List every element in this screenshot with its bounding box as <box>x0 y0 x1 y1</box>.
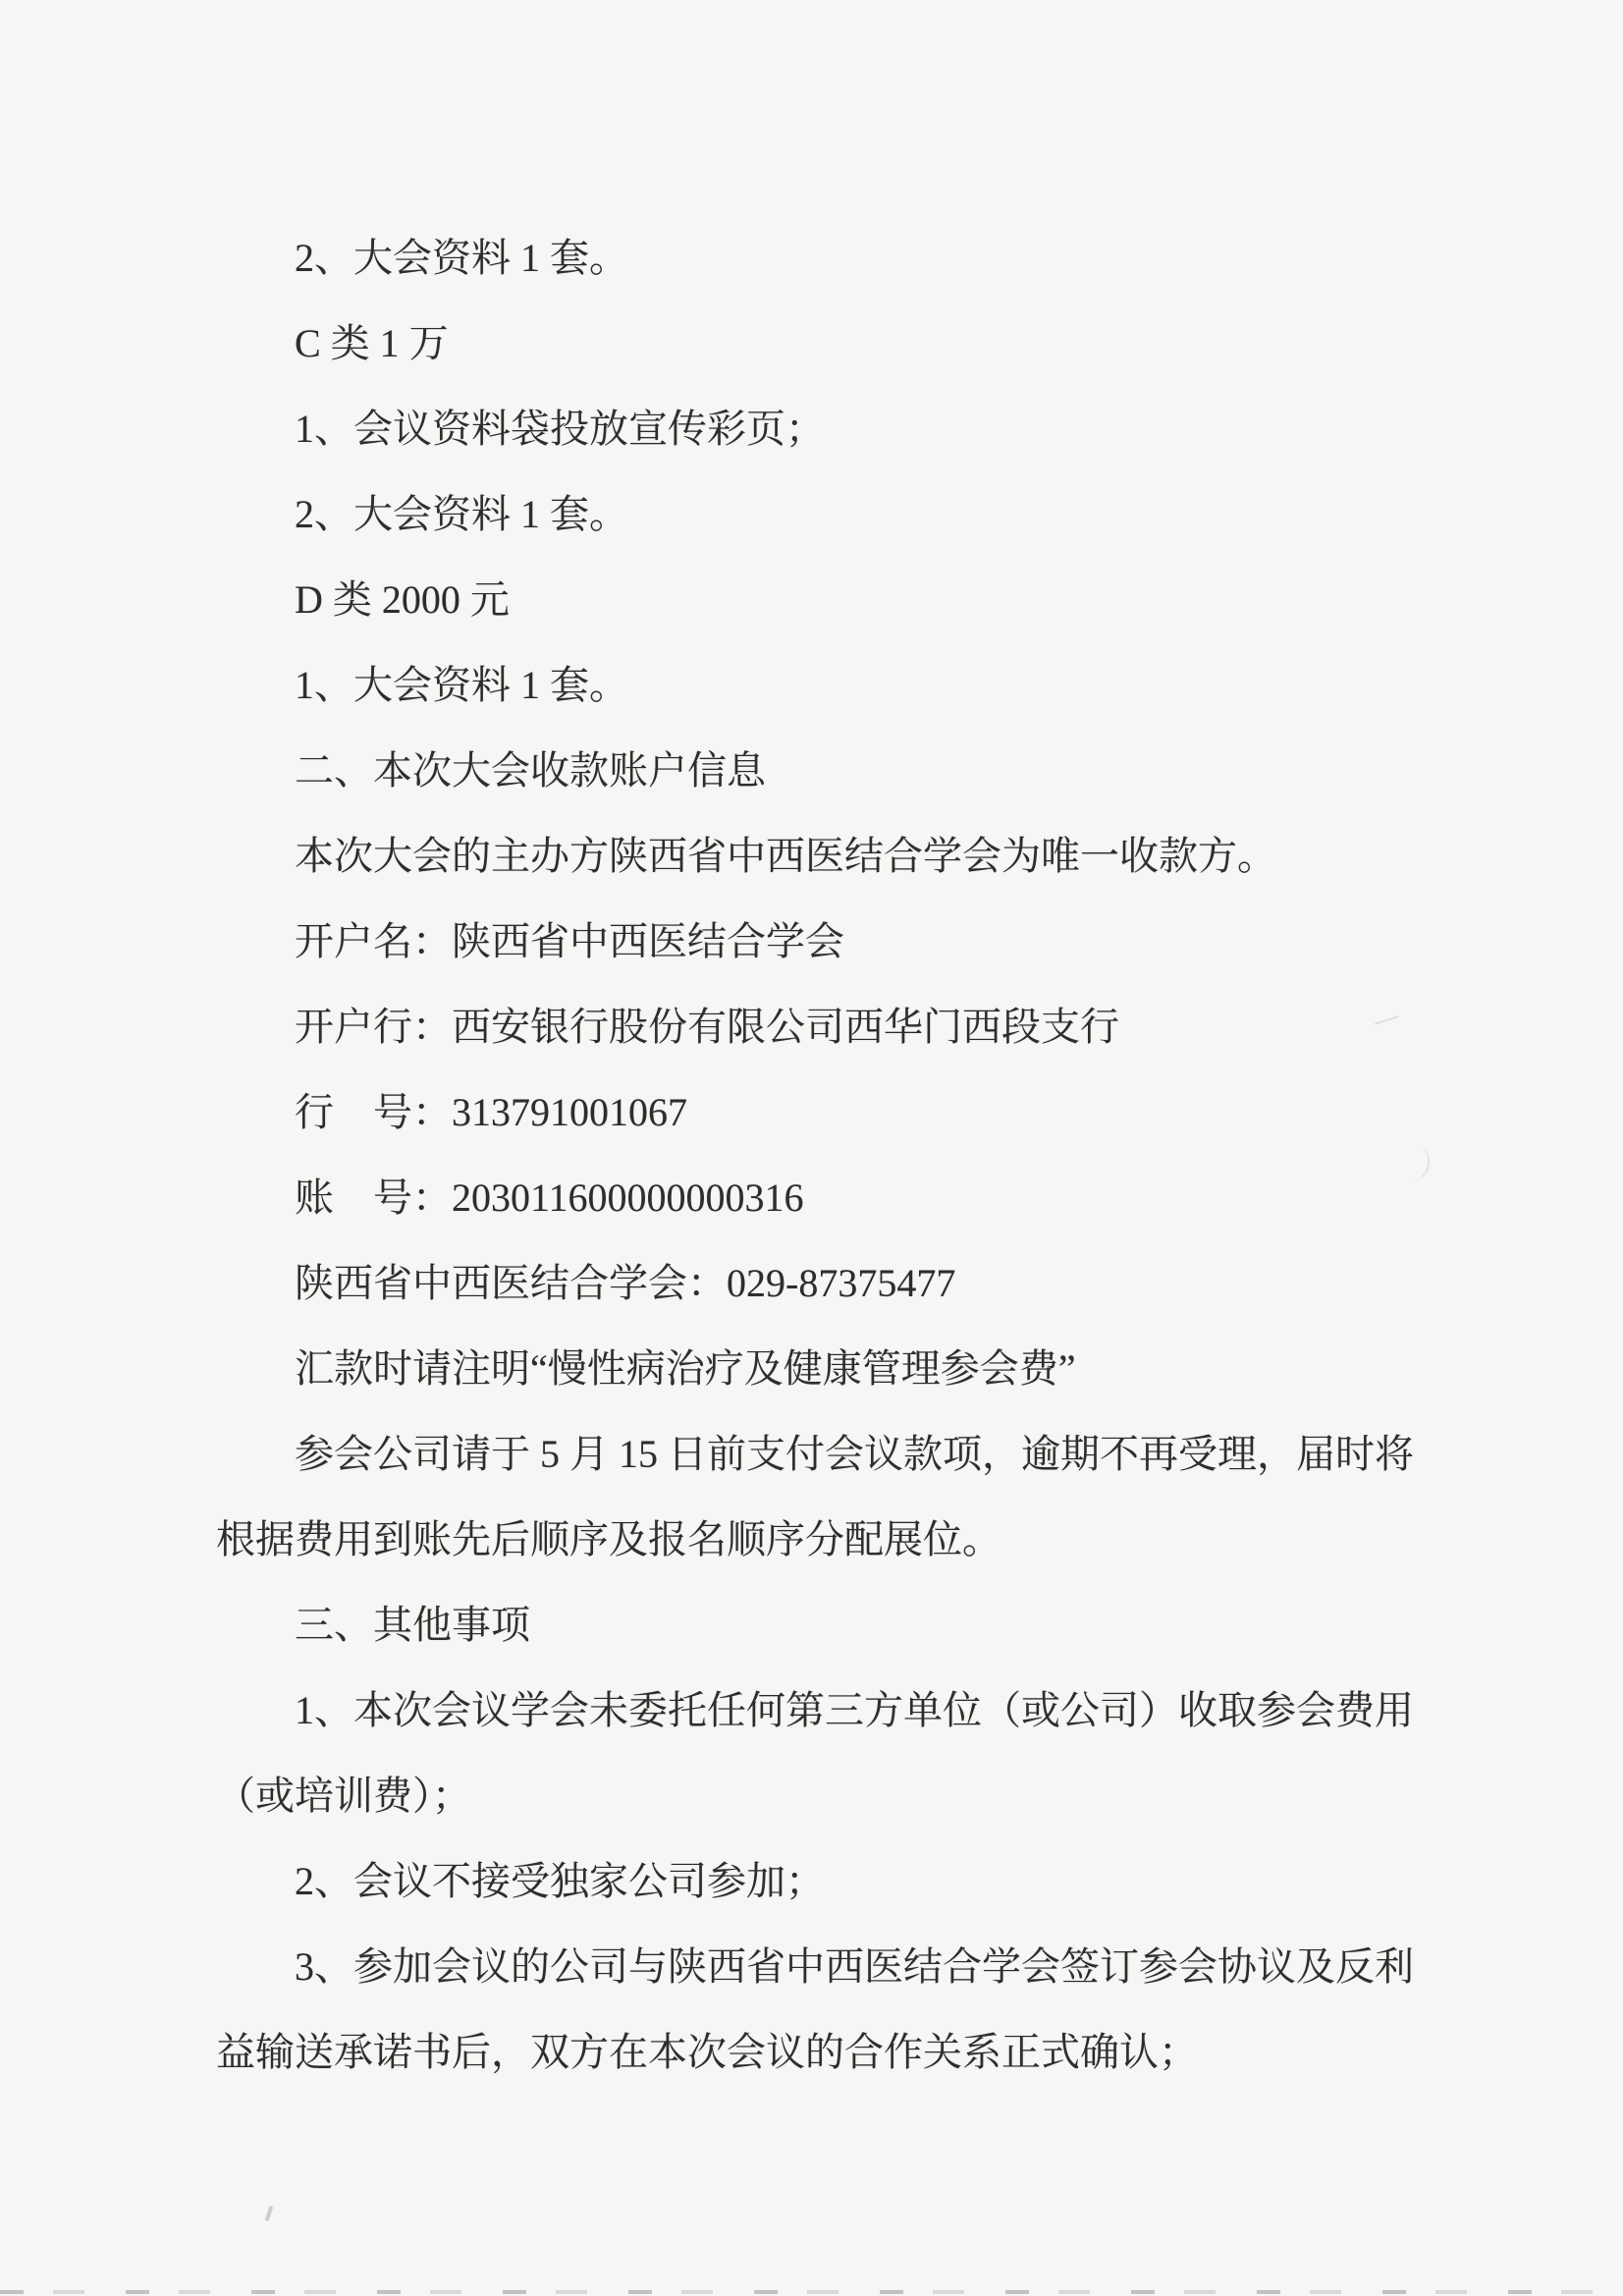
scan-edge-line <box>0 2290 1623 2294</box>
text-line: 参会公司请于 5 月 15 日前支付会议款项，逾期不再受理，届时将 <box>216 1411 1394 1497</box>
text-line: 开户名：陕西省中西医结合学会 <box>216 899 1394 984</box>
text-line: （或培训费）； <box>216 1753 1394 1838</box>
document-body: 2、大会资料 1 套。C 类 1 万1、会议资料袋投放宣传彩页；2、大会资料 1… <box>216 215 1394 2095</box>
text-line: 2、大会资料 1 套。 <box>216 471 1394 557</box>
scan-mark <box>1403 1145 1434 1182</box>
text-line: 1、大会资料 1 套。 <box>216 642 1394 728</box>
text-line: 2、会议不接受独家公司参加； <box>216 1838 1394 1924</box>
text-line: 陕西省中西医结合学会：029-87375477 <box>216 1240 1394 1326</box>
text-line: 二、本次大会收款账户信息 <box>216 728 1394 813</box>
text-line: 三、其他事项 <box>216 1582 1394 1667</box>
scanned-document-page: 2、大会资料 1 套。C 类 1 万1、会议资料袋投放宣传彩页；2、大会资料 1… <box>0 0 1623 2296</box>
scan-smudge <box>265 2206 274 2221</box>
text-line: D 类 2000 元 <box>216 557 1394 642</box>
text-line: 益输送承诺书后，双方在本次会议的合作关系正式确认； <box>216 2009 1394 2095</box>
text-line: 开户行：西安银行股份有限公司西华门西段支行 <box>216 984 1394 1069</box>
text-line: 3、参加会议的公司与陕西省中西医结合学会签订参会协议及反利 <box>216 1924 1394 2009</box>
text-line: C 类 1 万 <box>216 301 1394 386</box>
text-line: 1、本次会议学会未委托任何第三方单位（或公司）收取参会费用 <box>216 1667 1394 1753</box>
text-line: 本次大会的主办方陕西省中西医结合学会为唯一收款方。 <box>216 813 1394 899</box>
text-line: 2、大会资料 1 套。 <box>216 215 1394 301</box>
text-line: 根据费用到账先后顺序及报名顺序分配展位。 <box>216 1497 1394 1582</box>
text-line: 账 号：203011600000000316 <box>216 1155 1394 1240</box>
text-line: 行 号：313791001067 <box>216 1069 1394 1155</box>
text-line: 1、会议资料袋投放宣传彩页； <box>216 386 1394 471</box>
text-line: 汇款时请注明“慢性病治疗及健康管理参会费” <box>216 1326 1394 1411</box>
